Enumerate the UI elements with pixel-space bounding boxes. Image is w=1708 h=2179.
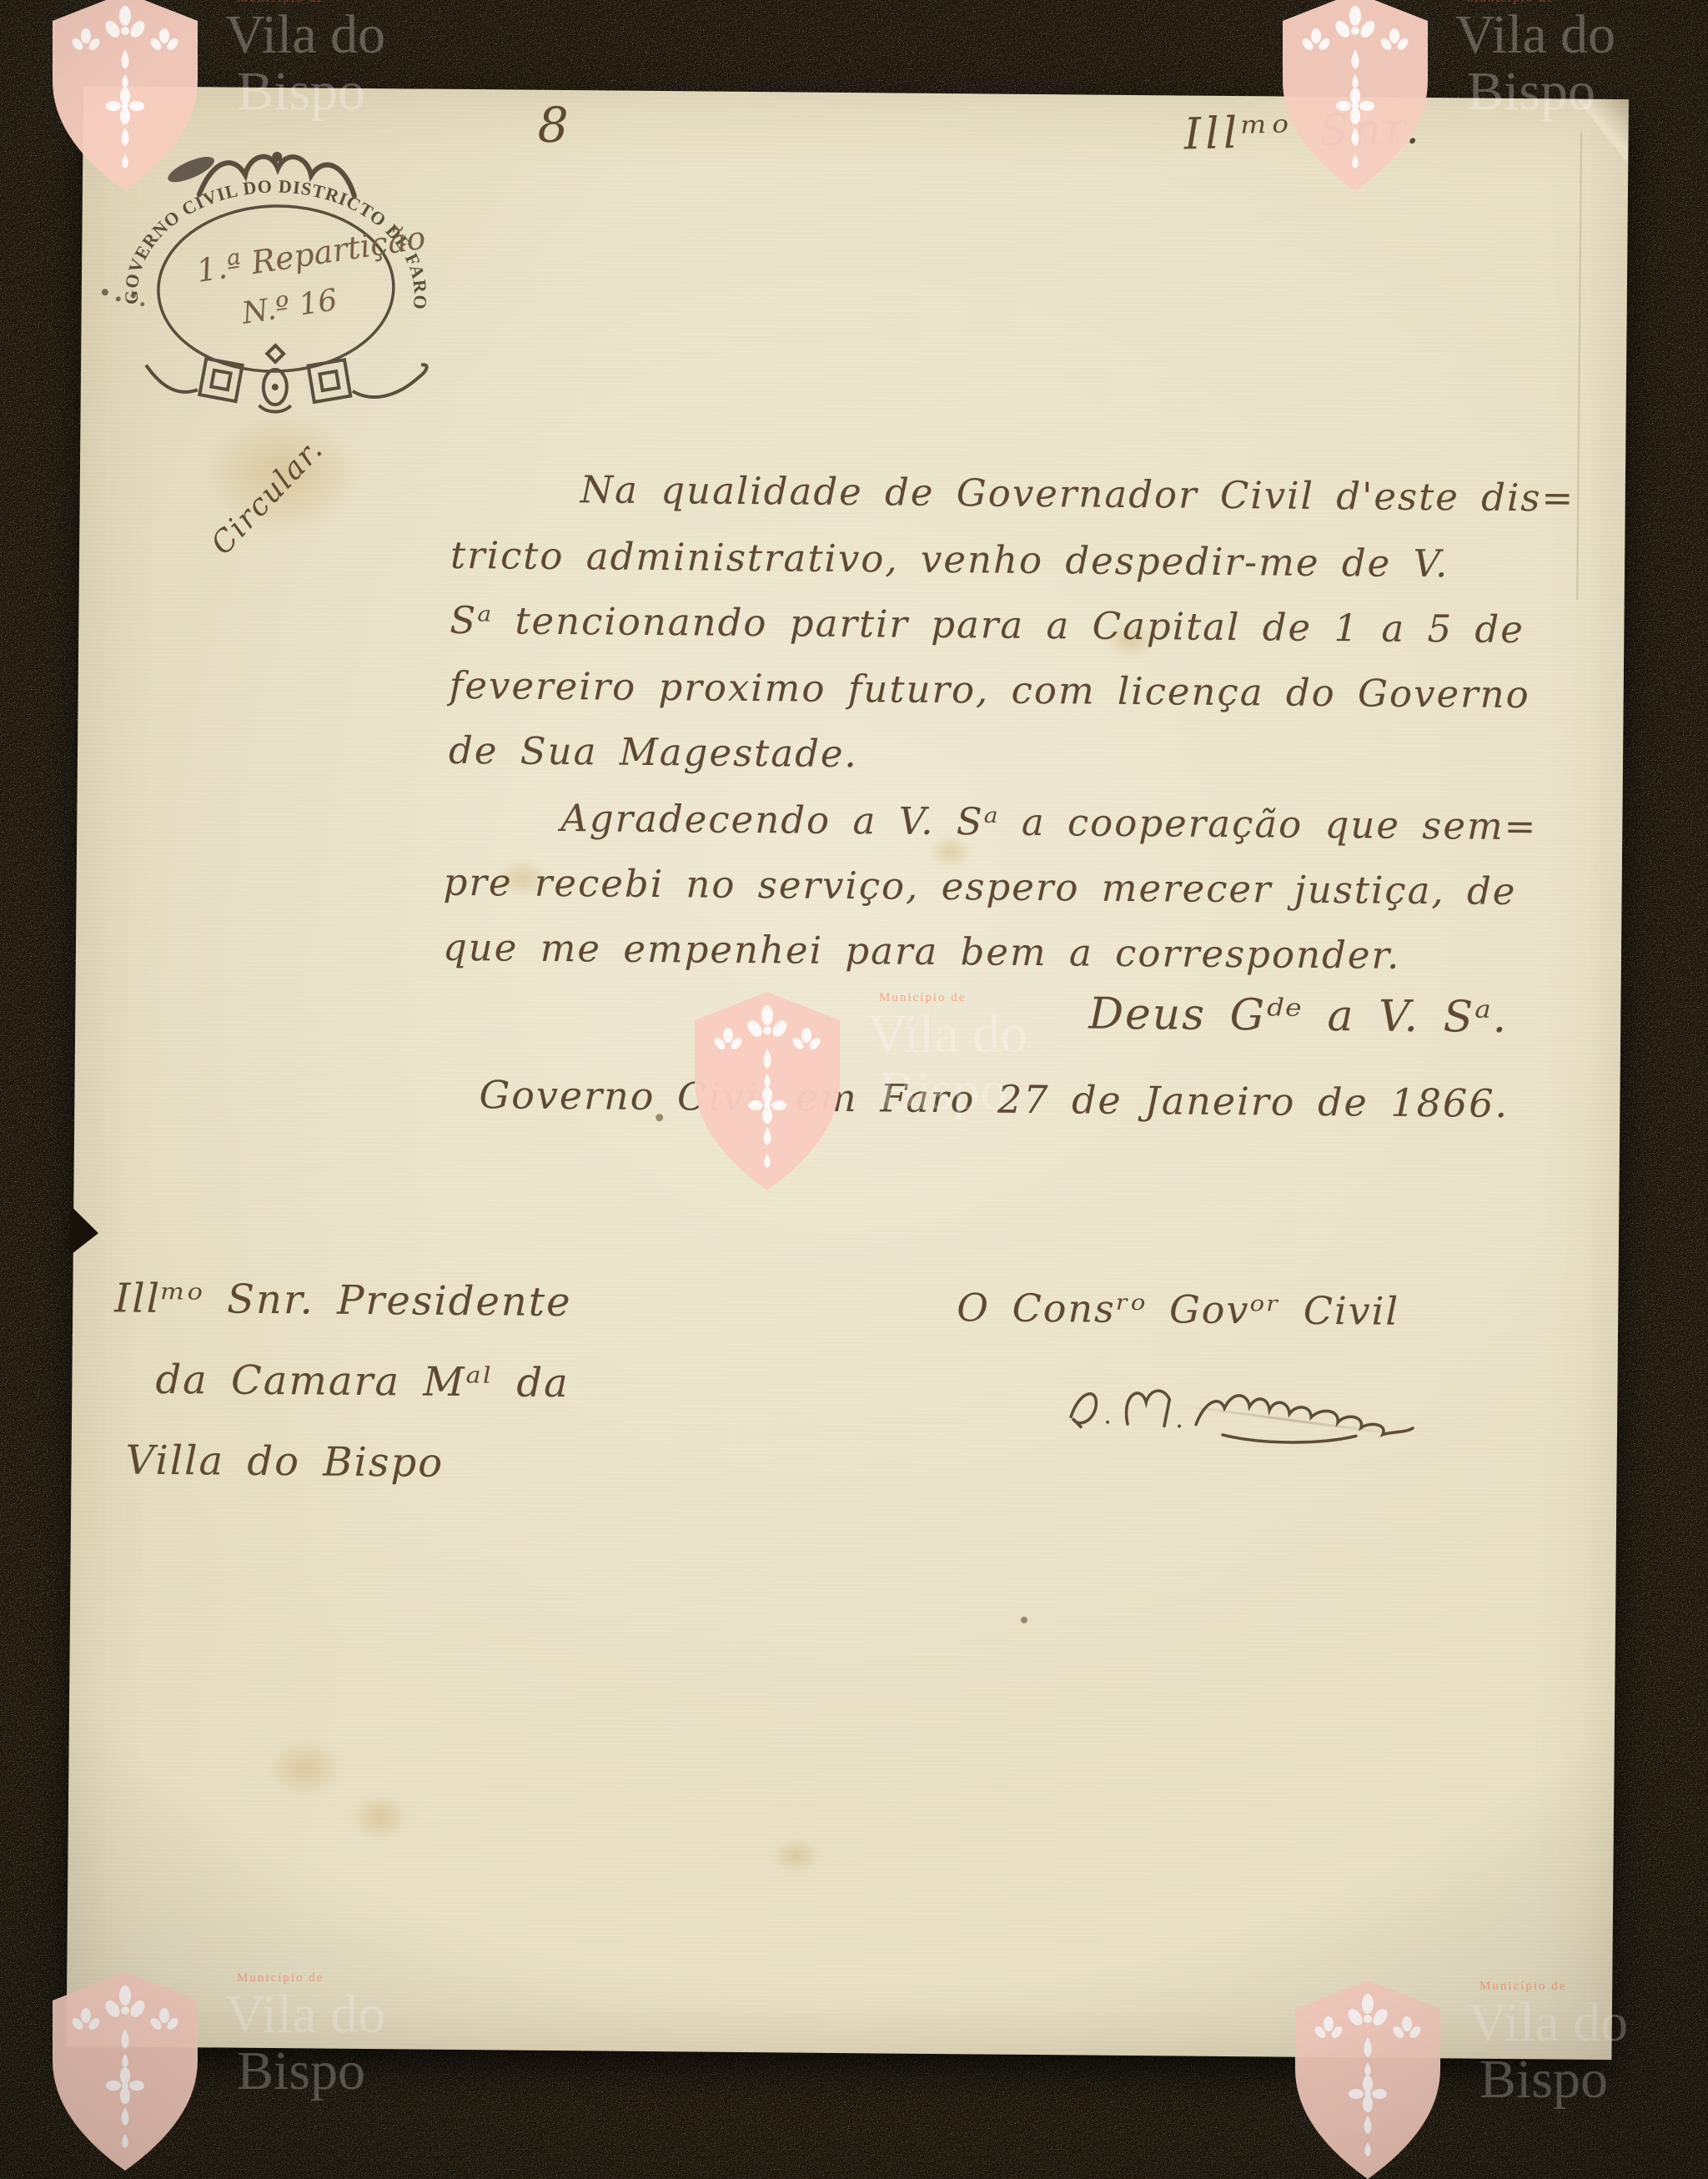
salutation: Illᵐᵒ Snr. (1183, 103, 1424, 159)
valediction: Deus Gᵈᵉ a V. Sᵃ. (1088, 989, 1508, 1043)
addressee-line: da Camara Mᵃˡ da (155, 1356, 570, 1407)
paper-edge-tear (70, 1205, 99, 1256)
paper-stain (350, 1794, 410, 1841)
stamp-num-line: N.º 16 (239, 283, 340, 331)
letter-line: Sᵃ tencionando partir para a Capital de … (450, 598, 1525, 652)
letter-line: pre recebi no serviço, espero merecer ju… (443, 860, 1516, 913)
letter-line: que me empenhei para bem a corresponder. (443, 925, 1401, 978)
addressee-line: Villa do Bispo (125, 1437, 444, 1487)
paper-corner-fold (1576, 99, 1629, 165)
official-stamp: GOVERNO CIVIL DO DISTRICTO DE FARO (96, 110, 457, 422)
letter-line: Na qualidade de Governador Civil d'este … (580, 467, 1575, 520)
stamp-base-ornament-icon (146, 345, 427, 413)
archival-photo: 8 Illᵐᵒ Snr. GOVERNO CIVIL DO DISTRICTO … (0, 0, 1708, 2179)
letter-line: de Sua Magestade. (449, 728, 858, 776)
paper-stain (772, 1838, 819, 1873)
letter-paper: 8 Illᵐᵒ Snr. GOVERNO CIVIL DO DISTRICTO … (66, 86, 1628, 2060)
signer-title: O Consʳᵒ Govᵒʳ Civil (957, 1285, 1399, 1334)
letter-line: fevereiro proximo futuro, com licença do… (450, 663, 1530, 717)
dateline: Governo Civil em Faro 27 de Janeiro de 1… (479, 1072, 1509, 1126)
fold-crease (1576, 133, 1583, 600)
addressee-line: Illᵐᵒ Snr. Presidente (114, 1275, 572, 1326)
page-number: 8 (537, 97, 570, 153)
paper-speck (1021, 1617, 1027, 1623)
letter-line: Agradecendo a V. Sᵃ a cooperação que sem… (560, 796, 1537, 848)
paper-stain (267, 1738, 344, 1799)
letter-line: tricto administrativo, venho despedir-me… (450, 533, 1449, 586)
governor-signature-flourish-icon (1047, 1350, 1440, 1462)
ink-blot (165, 152, 218, 187)
